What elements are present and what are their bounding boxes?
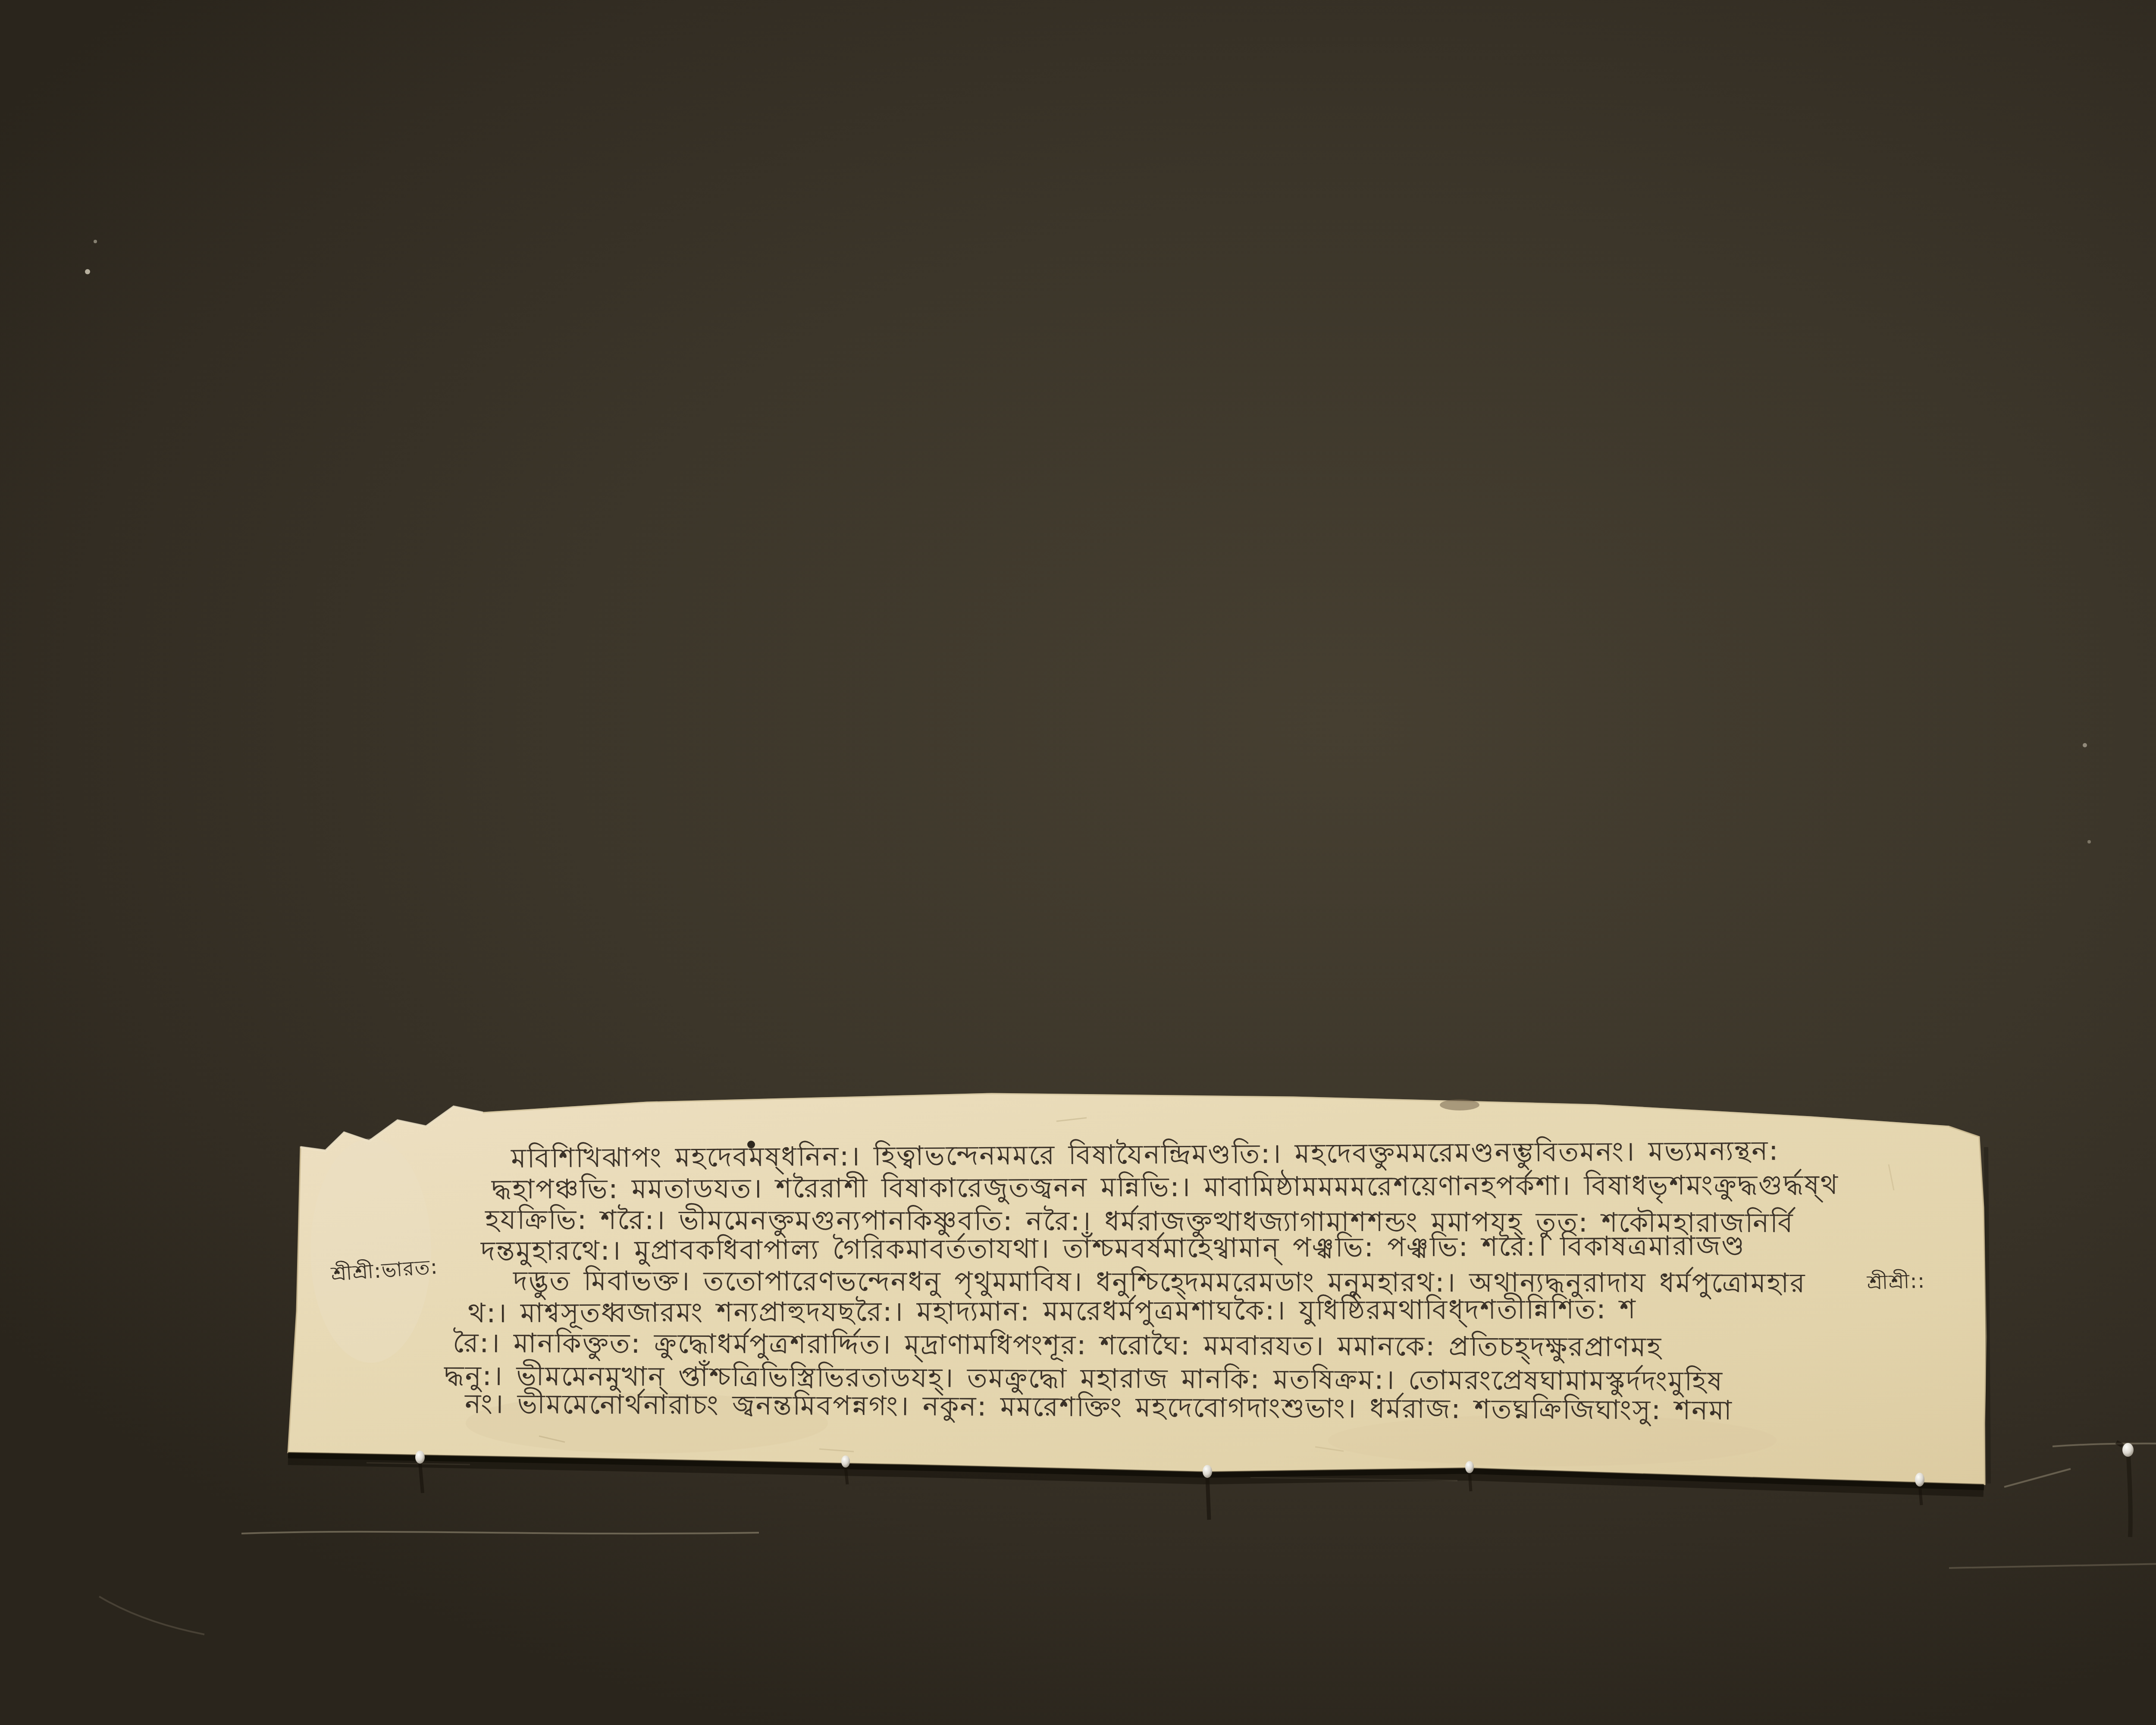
manuscript-photo: মবিশিখিঝাপং মহদেবমষ্ধনিন:। হিত্বাভন্দেনম… <box>0 0 2156 1725</box>
manuscript-text-line: নং। ভীমমেনোর্থনারাচং জ্বনন্তমিবপন্নগং। ন… <box>465 1386 1733 1427</box>
right-margin-inscription: শ্রীশ্রী:: <box>1867 1268 1926 1295</box>
manuscript-text-line: রৈ:। মানকিক্তুত: ক্রুদ্ধোধর্মপুত্রশরার্দ… <box>453 1326 1662 1364</box>
manuscript-text-line: থ:। মাশ্বসূতধ্বজারমং শন্যপ্রাহুদযছরৈ:। ম… <box>468 1292 1637 1330</box>
manuscript-text: মবিশিখিঝাপং মহদেবমষ্ধনিন:। হিত্বাভন্দেনম… <box>0 0 2156 1725</box>
manuscript-text-line: দ্ধহাপঞ্চভি: মমতাডযত। শরৈরাশী বিষাকারেজু… <box>492 1167 1839 1207</box>
manuscript-text-line: দন্তমুহারথে:। মুপ্রাবকধিবাপাল্য গৈরিকমাব… <box>481 1228 1745 1268</box>
left-margin-inscription: শ্রীশ্রী:ভারত: <box>330 1255 439 1286</box>
